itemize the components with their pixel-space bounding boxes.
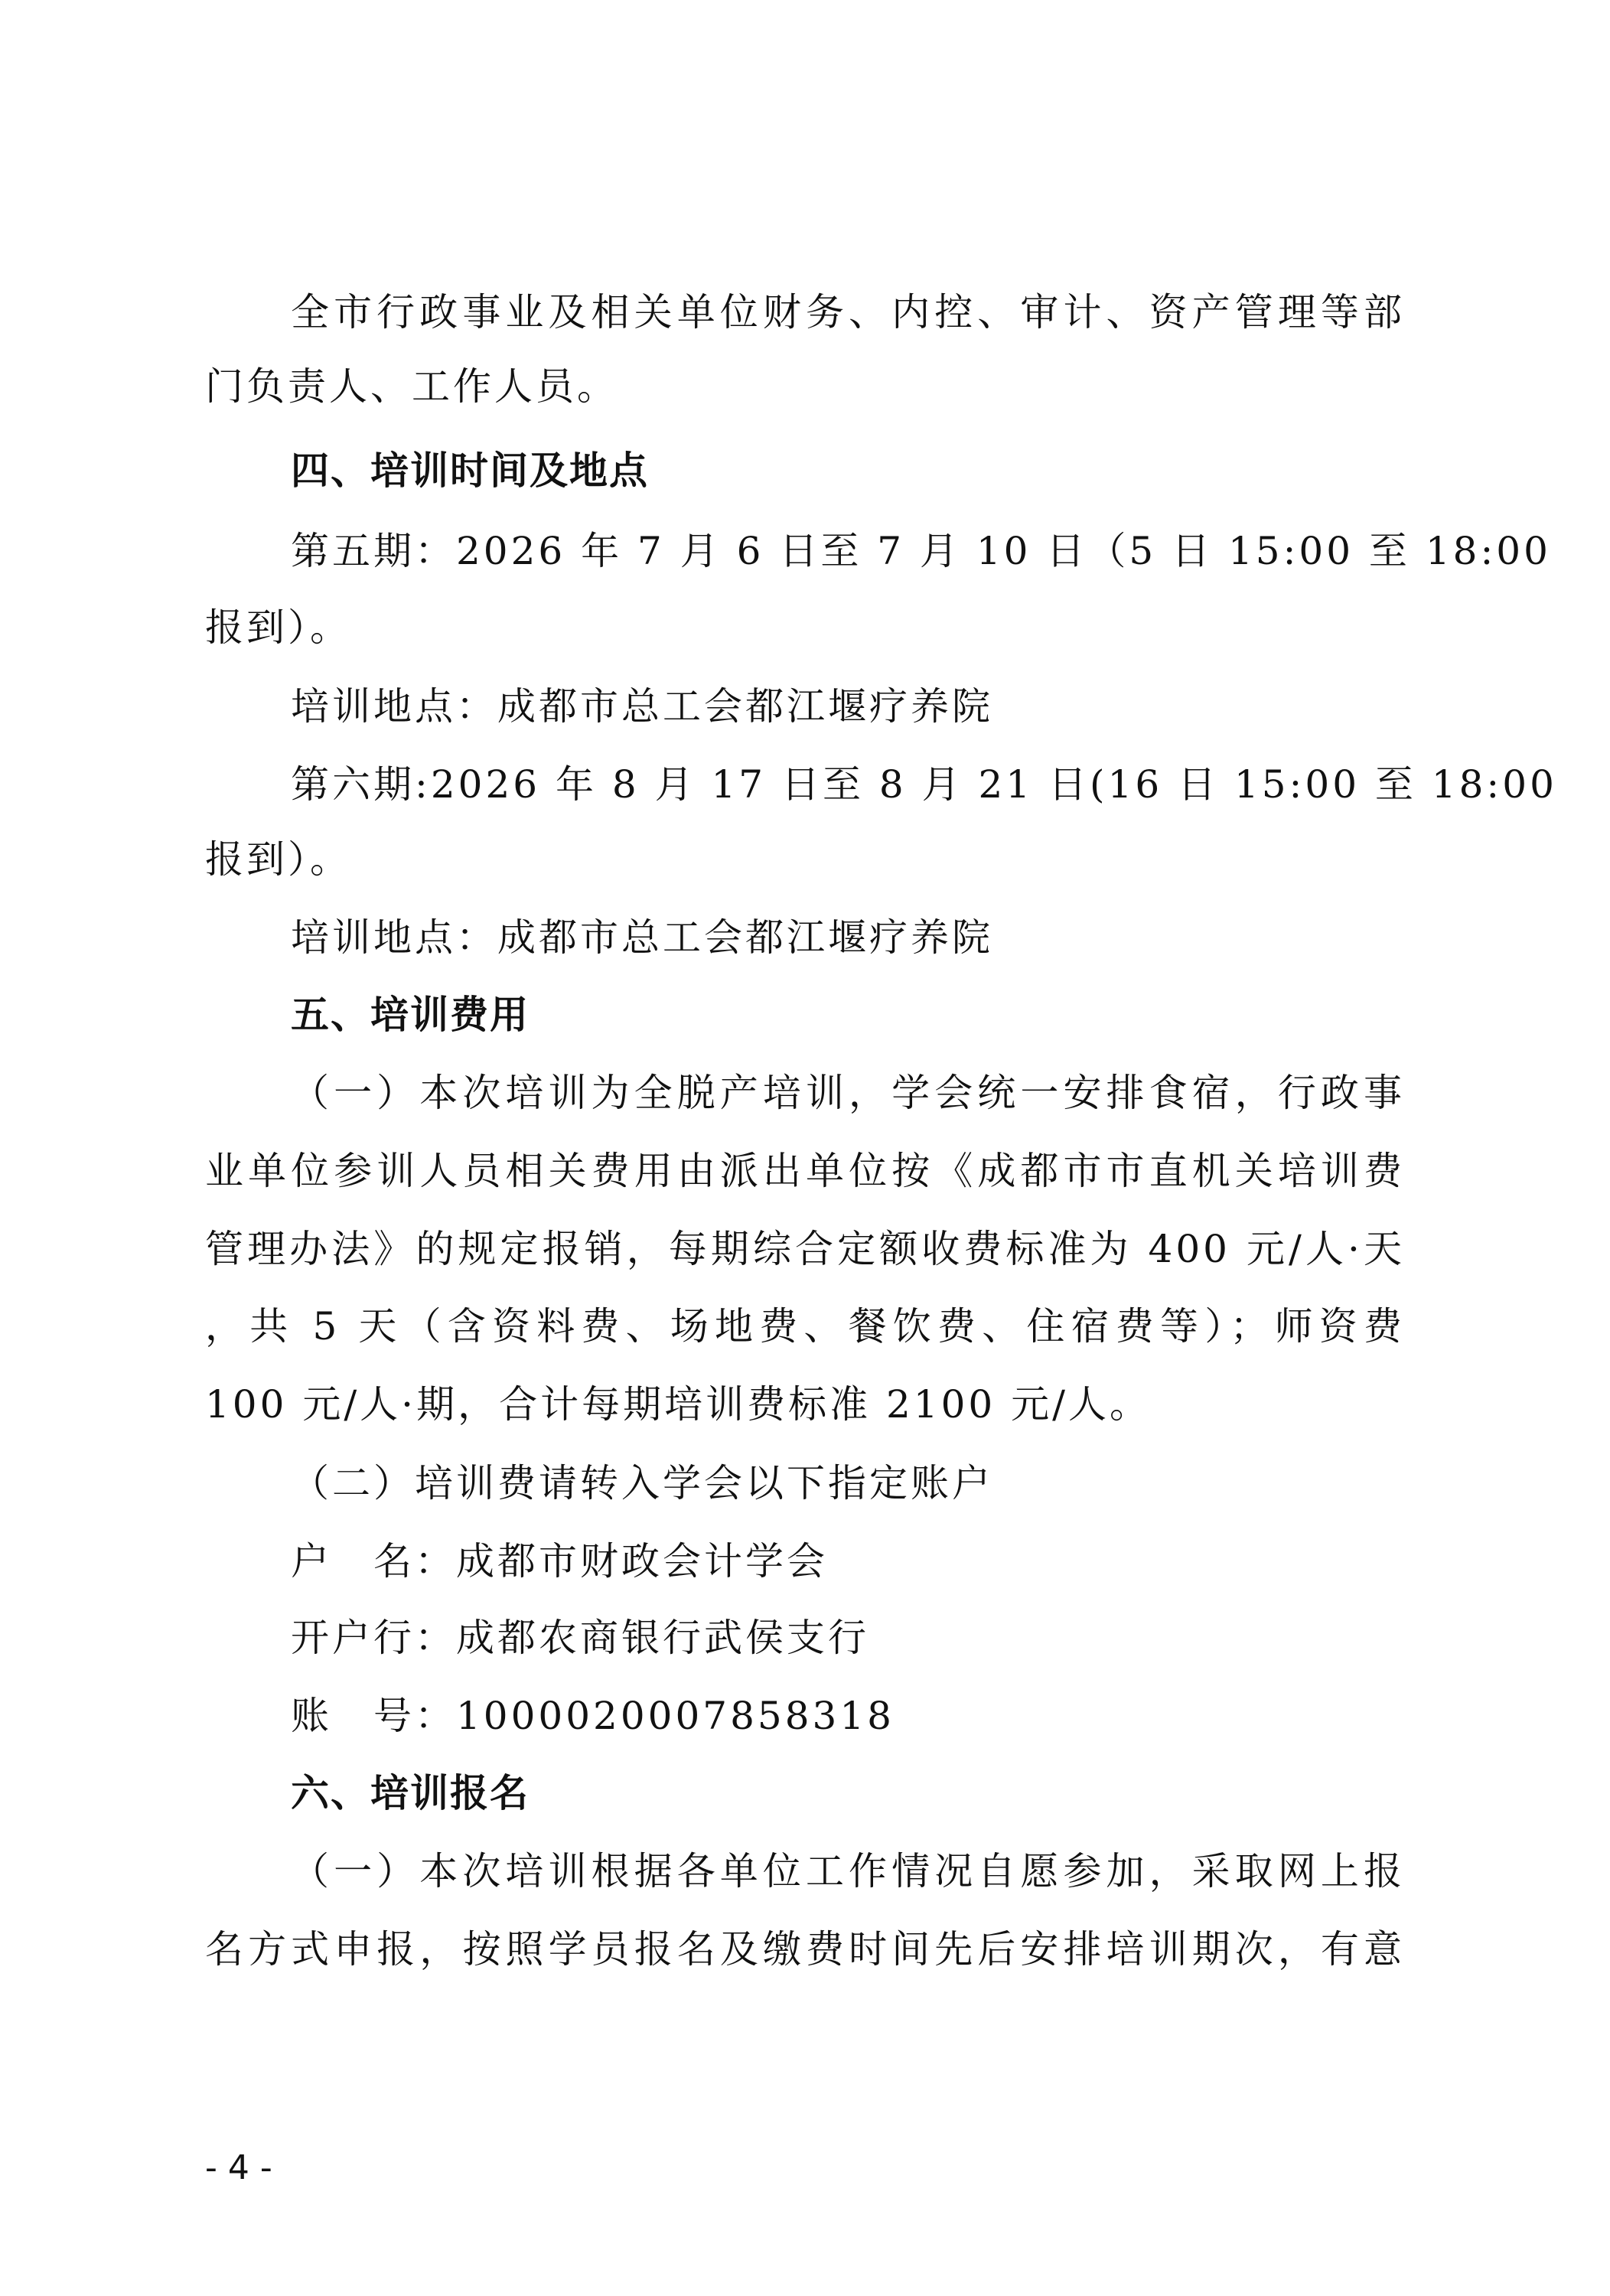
page-number: - 4 - bbox=[205, 2149, 272, 2187]
text-line: 报到）。 bbox=[205, 605, 351, 651]
text-line: 第五期：2026 年 7 月 6 日至 7 月 10 日（5 日 15:00 至… bbox=[291, 528, 1405, 574]
text-line: 培训地点：成都市总工会都江堰疗养院 bbox=[291, 683, 993, 729]
text-line: 全市行政事业及相关单位财务、内控、审计、资产管理等部 bbox=[291, 289, 1405, 335]
text-line: （一）本次培训根据各单位工作情况自愿参加，采取网上报 bbox=[291, 1848, 1405, 1894]
document-page: 全市行政事业及相关单位财务、内控、审计、资产管理等部门负责人、工作人员。四、培训… bbox=[0, 0, 1610, 2296]
section-heading: 四、培训时间及地点 bbox=[291, 448, 649, 494]
text-line: 第六期:2026 年 8 月 17 日至 8 月 21 日(16 日 15:00… bbox=[291, 762, 1405, 807]
text-line: ，共 5 天（含资料费、场地费、餐饮费、住宿费等）；师资费 bbox=[205, 1303, 1405, 1349]
section-heading: 五、培训费用 bbox=[291, 992, 530, 1038]
text-line: 100 元/人·期，合计每期培训费标准 2100 元/人。 bbox=[205, 1381, 1151, 1427]
text-line: （二）培训费请转入学会以下指定账户 bbox=[291, 1460, 993, 1506]
text-line: （一）本次培训为全脱产培训，学会统一安排食宿，行政事 bbox=[291, 1070, 1405, 1116]
text-line: 门负责人、工作人员。 bbox=[205, 364, 618, 409]
text-line: 报到）。 bbox=[205, 837, 351, 882]
section-heading: 六、培训报名 bbox=[291, 1770, 530, 1816]
text-line: 培训地点：成都市总工会都江堰疗养院 bbox=[291, 915, 993, 960]
text-line: 户 名：成都市财政会计学会 bbox=[291, 1538, 828, 1584]
text-line: 业单位参训人员相关费用由派出单位按《成都市市直机关培训费 bbox=[205, 1148, 1405, 1194]
text-line: 开户行：成都农商银行武侯支行 bbox=[291, 1615, 869, 1661]
text-line: 名方式申报，按照学员报名及缴费时间先后安排培训期次，有意 bbox=[205, 1926, 1405, 1972]
text-line: 管理办法》的规定报销，每期综合定额收费标准为 400 元/人·天 bbox=[205, 1226, 1405, 1272]
text-line: 账 号：1000020007858318 bbox=[291, 1693, 895, 1739]
